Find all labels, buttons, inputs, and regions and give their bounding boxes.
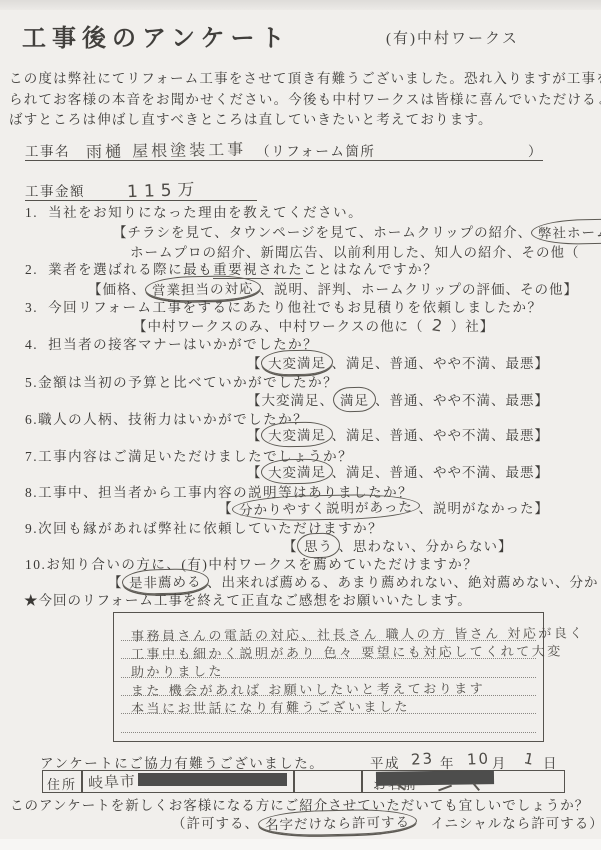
- handwritten-comment-line: 工事中も細かく説明があり 色々 要望にも対応してくれて大変: [131, 640, 563, 662]
- question-8-number: 8.: [25, 485, 38, 501]
- date-year-handwritten: 23: [410, 749, 434, 769]
- question-3: 3.今回リフォーム工事をするにあたり他社でもお見積りを依頼しましたか？: [25, 296, 542, 316]
- question-5-options: 【大変満足、満足、普通、やや不満、最悪】: [247, 389, 549, 410]
- question-4-options: 【大変満足、満足、普通、やや不満、最悪】: [247, 352, 549, 373]
- date-era: 平成: [370, 752, 400, 772]
- comment-box: 事務員さんの電話の対応、社長さん 職人の方 皆さん 対応が良く 工事中も細かく説…: [113, 612, 544, 742]
- address-redaction: [138, 773, 287, 786]
- circled-answer-permission: 名字だけなら許可する: [258, 808, 417, 836]
- page-title: 工事後のアンケート: [22, 18, 291, 53]
- feedback-prompt: ★今回のリフォーム工事を終えて正直なご感想をお願いいたします。: [24, 589, 472, 609]
- question-7-options: 【大変満足、満足、普通、やや不満、最悪】: [247, 461, 549, 482]
- question-1-number: 1.: [25, 205, 38, 221]
- work-name-row: 工事名 雨樋 屋根塗装工事 （リフォーム箇所 ）: [25, 140, 543, 161]
- work-amount-label: 工事金額: [25, 180, 85, 200]
- date-month-suffix: 月: [492, 752, 507, 772]
- address-value-handwritten: 岐阜市: [87, 770, 136, 793]
- circled-answer-q5: 満足: [333, 387, 377, 413]
- intro-line: られてお客様の本音をお聞かせください。今後も中村ワークスは皆様に喜んでいただける…: [9, 90, 601, 111]
- intro-line: この度は弊社にてリフォーム工事をさせて頂き有難うございました。恐れ入りますが工事…: [9, 69, 601, 90]
- question-6-number: 6.: [25, 412, 38, 428]
- question-4-number: 4.: [25, 337, 38, 353]
- date-day-suffix: 日: [543, 752, 558, 772]
- work-amount-value-handwritten: 115万: [127, 175, 201, 203]
- question-5: 5.金額は当初の予算と比べていかがでしたか？: [25, 371, 338, 391]
- work-name-value-handwritten: 雨樋 屋根塗装工事: [86, 137, 246, 163]
- date-month-handwritten: 10: [467, 749, 491, 768]
- handwritten-comment-line: 本当にお世話になり有難うございました: [131, 696, 410, 717]
- question-9-number: 9.: [25, 521, 38, 537]
- reform-spot-label: （リフォーム箇所: [256, 140, 375, 160]
- question-5-number: 5.: [25, 375, 38, 391]
- intro-line: ばすところは伸ばし直すべきところは直していきたいと考えております。: [9, 110, 601, 131]
- question-1: 1.当社をお知りになった理由を教えてください。: [25, 201, 363, 221]
- intro-paragraph: この度は弊社にてリフォーム工事をさせて頂き有難うございました。恐れ入りますが工事…: [9, 69, 601, 131]
- question-8-options: 【分かりやすく説明があった、説明がなかった】: [218, 497, 549, 518]
- circled-answer-q6: 大変満足: [260, 421, 333, 448]
- address-label: 住所: [47, 774, 77, 793]
- work-amount-row: 工事金額 115万: [25, 180, 257, 201]
- question-3-text: 今回リフォーム工事をするにあたり他社でもお見積りを依頼しましたか？: [48, 300, 542, 315]
- question-1-options-line1: 【チラシを見て、タウンページを見て、ホームクリップの紹介、弊社ホームページ: [113, 221, 601, 242]
- question-10: 10.お知り合いの方に、(有)中村ワークスを薦めていただけますか？: [25, 553, 478, 573]
- thanks-note: アンケートにご協力有難うございました。: [40, 752, 324, 772]
- question-2-number: 2.: [25, 262, 38, 278]
- question-5-text: 金額は当初の予算と比べていかがでしたか？: [38, 375, 338, 390]
- question-4: 4.担当者の接客マナーはいかがでしたか？: [25, 333, 318, 353]
- company-name: (有)中村ワークス: [386, 27, 519, 48]
- question-10-text: お知り合いの方に、(有)中村ワークスを薦めていただけますか？: [46, 557, 478, 572]
- question-1-text: 当社をお知りになった理由を教えてください。: [48, 205, 363, 220]
- question-2: 2.業者を選ばれる際に最も重要視されたことはなんですか？: [25, 258, 438, 278]
- permission-options: （許可する、名字だけなら許可する イニシャルなら許可する）: [172, 812, 601, 833]
- question-10-number: 10.: [25, 557, 46, 573]
- handwritten-comment-line: 助かりました: [131, 661, 224, 681]
- question-4-text: 担当者の接客マナーはいかがでしたか？: [48, 337, 318, 352]
- comment-ruled-line: [121, 732, 536, 733]
- question-3-number: 3.: [25, 300, 38, 316]
- handwritten-company-count: 2: [422, 314, 452, 337]
- work-name-label: 工事名: [25, 140, 70, 160]
- date-year-suffix: 年: [440, 752, 455, 772]
- question-3-options: 【中村ワークスのみ、中村ワークスの他に（2）社】: [133, 315, 494, 335]
- survey-page: 工事後のアンケート (有)中村ワークス この度は弊社にてリフォーム工事をさせて頂…: [0, 0, 601, 850]
- name-redaction: [376, 770, 494, 786]
- question-7-number: 7.: [25, 449, 38, 465]
- reform-spot-close: ）: [528, 140, 543, 160]
- date-day-handwritten: 1: [522, 749, 535, 769]
- question-6-options: 【大変満足、満足、普通、やや不満、最悪】: [247, 424, 549, 445]
